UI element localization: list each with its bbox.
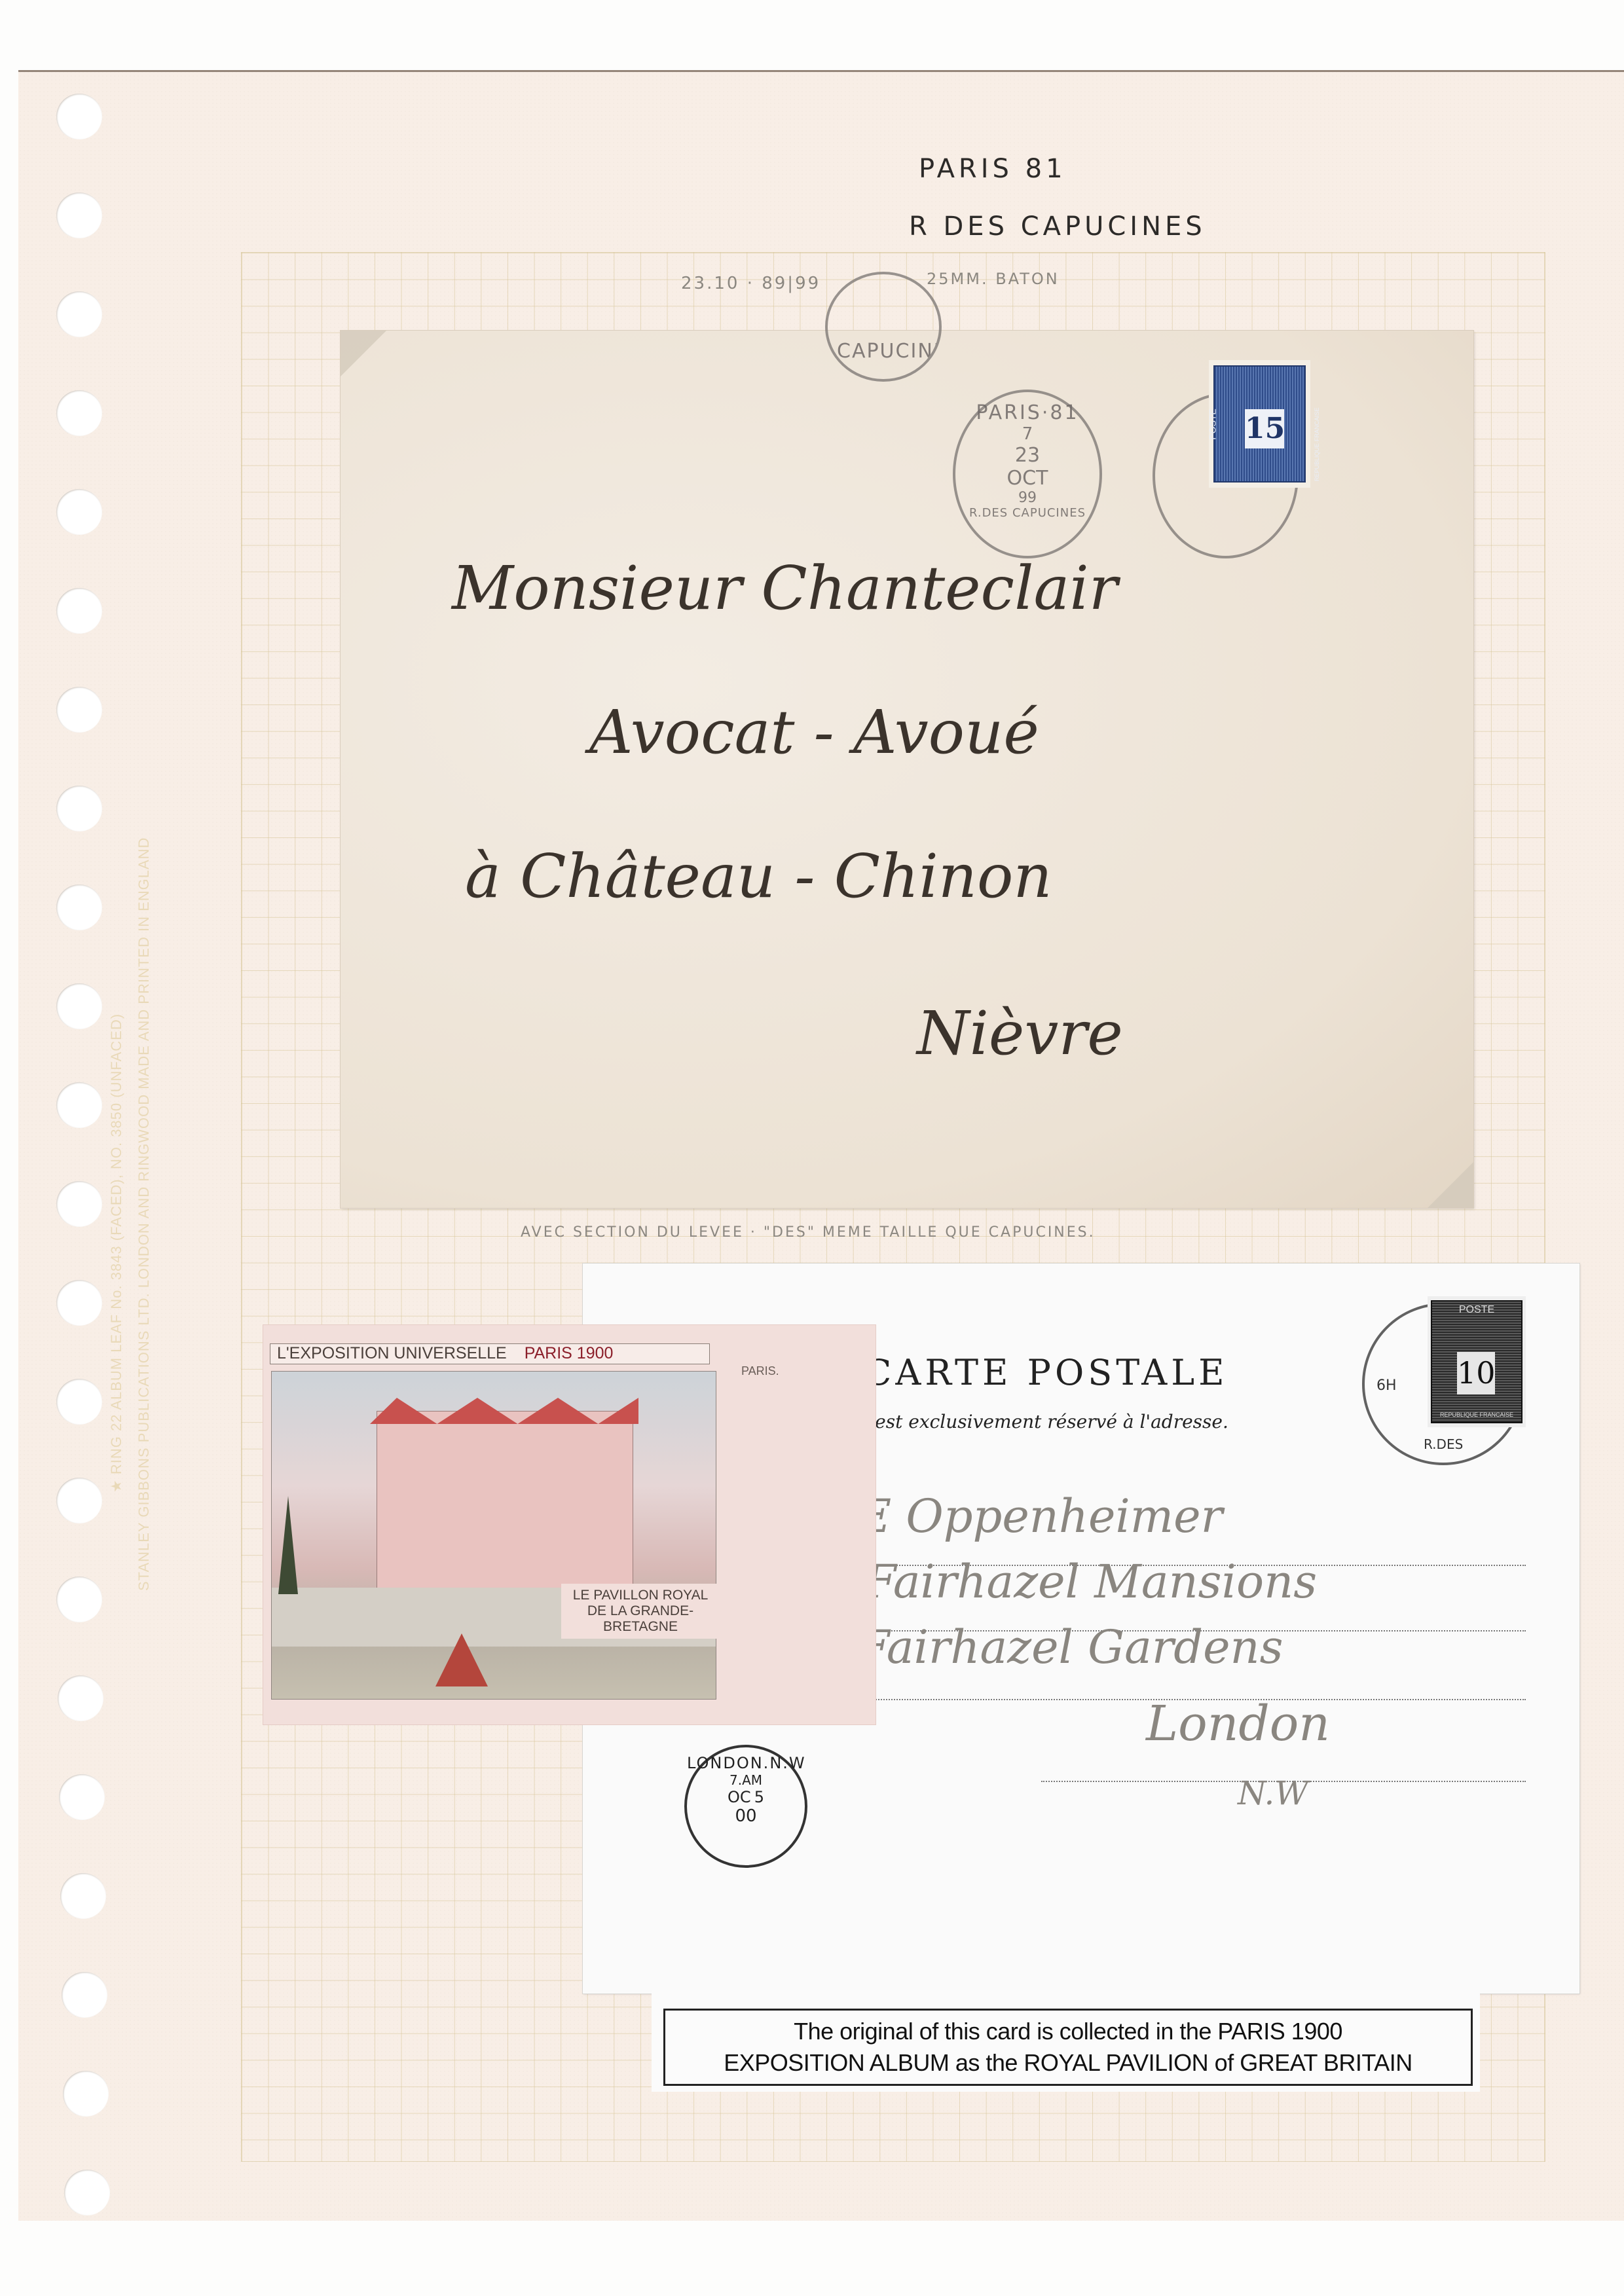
binder-hole xyxy=(56,687,102,733)
postcard-picture-side: L'EXPOSITION UNIVERSELLE PARIS 1900 PARI… xyxy=(263,1325,876,1724)
binder-hole xyxy=(56,94,102,139)
royal-pavilion-illustration xyxy=(271,1371,716,1700)
binder-hole xyxy=(64,2170,110,2215)
photo-corner xyxy=(1428,1162,1473,1208)
photo-corner xyxy=(341,331,386,376)
postmark-type-note: 25MM. BATON xyxy=(927,270,1060,288)
picture-caption: LE PAVILLON ROYAL DE LA GRANDE-BRETAGNE xyxy=(561,1584,720,1639)
date-range-note: 23.10 · 89|99 xyxy=(681,274,821,293)
binder-hole xyxy=(56,884,102,930)
page-edge xyxy=(18,70,1624,72)
address-line-3: à Château - Chinon xyxy=(465,841,1052,911)
binder-hole xyxy=(56,1576,102,1622)
note-line-2: EXPOSITION ALBUM as the ROYAL PAVILION o… xyxy=(724,2047,1412,2079)
binder-hole xyxy=(56,1280,102,1326)
imprint-line-2: STANLEY GIBBONS PUBLICATIONS LTD. LONDON… xyxy=(136,837,153,1591)
stamp-10c-sage: POSTE 10 REPUBLIQUE FRANCAISE xyxy=(1428,1296,1526,1427)
address-line-2: Avocat - Avoué xyxy=(589,697,1039,767)
binder-hole xyxy=(56,1082,102,1128)
binder-hole xyxy=(59,1774,105,1820)
picture-place: PARIS. xyxy=(741,1364,779,1378)
card-address-line-1: E Oppenheimer xyxy=(858,1489,1223,1543)
binder-hole xyxy=(56,192,102,238)
binder-hole xyxy=(56,983,102,1029)
address-line-4: Nièvre xyxy=(917,998,1123,1068)
card-address-line-3: Fairhazel Gardens xyxy=(858,1620,1283,1674)
stamp-15c-sage: POSTE REPUBLIQUE·FRANCAISE 15 xyxy=(1209,360,1310,488)
london-postmark: LONDON.N.W 7.AM OC 5 00 xyxy=(684,1745,807,1868)
binder-hole xyxy=(56,390,102,436)
binder-hole xyxy=(56,489,102,535)
partial-postmark: CAPUCINES xyxy=(825,272,942,382)
card-address-line-5: N.W xyxy=(1238,1774,1308,1812)
binder-hole xyxy=(63,2071,109,2117)
envelope-caption: AVEC SECTION DU LEVEE · "DES" MEME TAILL… xyxy=(521,1224,1096,1241)
paris-81-postmark: PARIS·81 7 23 OCT 99 R.DES CAPUCINES xyxy=(953,390,1102,558)
heading-office: PARIS 81 xyxy=(919,154,1067,184)
binder-hole xyxy=(56,588,102,634)
note-line-1: The original of this card is collected i… xyxy=(794,2016,1342,2047)
imprint-line-1: ★ RING 22 ALBUM LEAF No. 3843 (FACED), N… xyxy=(108,1013,125,1493)
binder-hole xyxy=(56,786,102,831)
binder-hole xyxy=(62,1972,107,2018)
binder-hole xyxy=(56,1478,102,1523)
card-address-line-4: London xyxy=(1146,1696,1330,1752)
card-address-line-2: Fairhazel Mansions xyxy=(864,1555,1317,1609)
binder-hole xyxy=(56,1181,102,1227)
picture-header: L'EXPOSITION UNIVERSELLE PARIS 1900 xyxy=(270,1343,710,1364)
heading-street: R DES CAPUCINES xyxy=(909,211,1206,242)
binder-hole xyxy=(56,291,102,337)
address-line-1: Monsieur Chanteclair xyxy=(452,553,1118,623)
publisher-imprint: ★ RING 22 ALBUM LEAF No. 3843 (FACED), N… xyxy=(108,838,200,1591)
binder-hole xyxy=(60,1873,106,1919)
explanatory-note: The original of this card is collected i… xyxy=(652,1990,1480,2092)
postcard-title: CARTE POSTALE xyxy=(864,1352,1228,1393)
note-box: The original of this card is collected i… xyxy=(663,2009,1473,2086)
binder-hole xyxy=(58,1675,103,1721)
binder-hole xyxy=(56,1379,102,1425)
envelope-cover: CAPUCINES PARIS·81 7 23 OCT 99 R.DES CAP… xyxy=(341,331,1473,1208)
